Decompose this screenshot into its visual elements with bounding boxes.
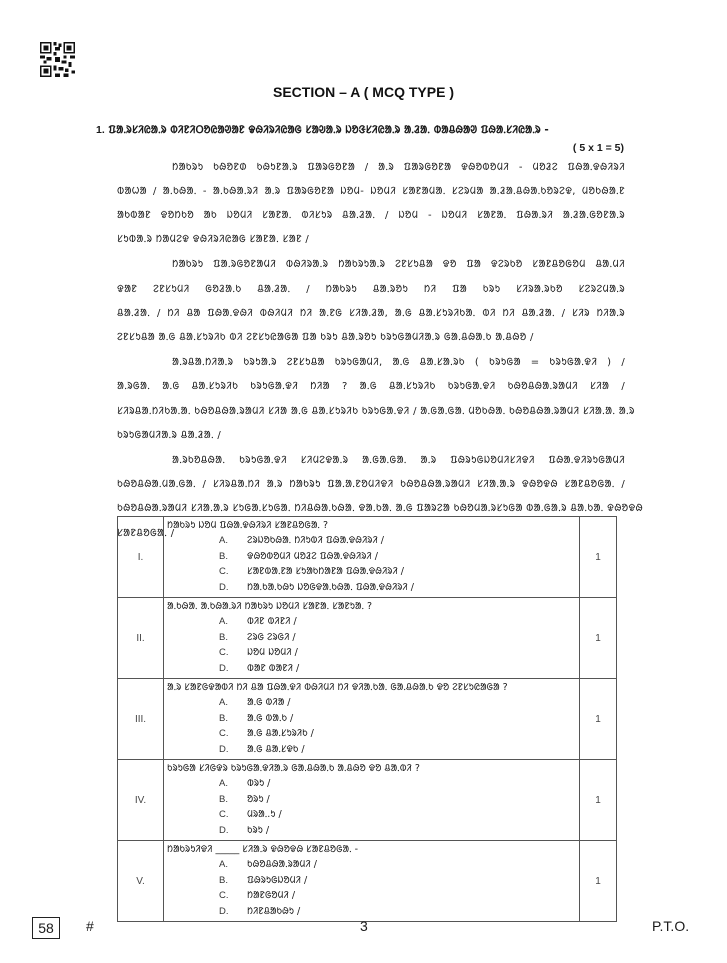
answer-option: D.ᱠᱨᱩ / [167,823,576,839]
option-text: ᱴᱟᱹᱠᱟᱹᱠᱷᱩ ᱡᱚᱜᱫᱟᱹᱠᱷᱟᱹ ᱯᱷᱟᱹᱫᱷᱤᱨᱤ / [247,582,414,593]
passage-line: ᱮᱱᱥᱩᱪᱟ ᱟᱹᱜ ᱪᱟᱹᱥᱩᱨᱤᱠ ᱵᱤ ᱮᱱᱥᱩᱭᱟᱜᱟ ᱯᱟ ᱠᱨᱩ ᱪ… [117,329,625,343]
question-roman-numeral: III. [118,679,164,760]
table-row: IV.ᱠᱨᱩᱜᱟ ᱥᱤᱜᱫᱨ ᱠᱨᱩᱜᱟᱹᱫᱤᱟᱹᱨ ᱜᱟᱹᱪᱷᱟᱹᱠ ᱟᱹᱪᱷ… [118,760,617,841]
question-cell: ᱟᱹᱠᱷᱟᱹ ᱟᱹᱠᱷᱟᱹᱨᱤ ᱴᱟᱠᱨᱩ ᱡᱚᱢᱤ ᱥᱟᱱᱟᱹ ᱥᱟᱱᱩᱟᱹ … [164,598,580,679]
passage-line: ᱪᱟᱹᱲᱟᱹ / ᱴᱤ ᱪᱟ ᱯᱷᱟᱹᱫᱷᱤ ᱵᱷᱤᱢᱤ ᱴᱤ ᱟᱹᱱᱜ ᱥᱤᱟ… [117,305,625,319]
passage-line: ᱥᱩᱵᱟᱹᱨ ᱴᱟᱢᱮᱫ ᱫᱷᱤᱨᱤᱭᱟᱜ ᱥᱟᱱᱟᱹ ᱥᱟᱱ / [117,231,625,245]
sub-question-text: ᱴᱟᱠᱨᱩ ᱡᱚᱢ ᱯᱷᱟᱹᱫᱷᱤᱨᱤ ᱥᱟᱱᱪᱚᱜᱟᱹ ? [167,518,576,533]
answer-option: C.ᱡᱚᱢ ᱡᱚᱢᱤ / [167,645,576,661]
passage-line: ᱟᱹᱨᱜᱟᱹ ᱟᱹᱜ ᱪᱟᱹᱥᱩᱨᱤᱠ ᱠᱨᱩᱜᱟᱹᱫᱤ ᱴᱤᱟ ? ᱟᱹᱜ ᱪ… [117,378,625,392]
option-text: ᱟᱹᱜ ᱵᱤᱟ / [247,697,291,708]
question-roman-numeral: V. [118,841,164,922]
option-label: D. [219,580,247,596]
option-text: ᱫᱷᱚᱵᱚᱢᱤ ᱢᱚᱲᱮ ᱯᱷᱟᱹᱫᱷᱤᱨᱤ / [247,551,378,562]
option-text: ᱢᱨᱟᱹ.ᱩ / [247,809,282,820]
option-text: ᱚᱨᱩ / [247,794,270,805]
qr-code-icon [40,42,75,77]
question-heading: 1. ᱯᱟᱹᱨᱥᱤᱭᱟᱹᱨ ᱵᱤᱱᱤᱛᱚᱭᱟᱣᱟᱱ ᱫᱷᱤᱨᱤᱭᱟᱜ ᱥᱟᱶᱟᱹ… [96,123,549,137]
marks-cell: 1 [580,679,617,760]
option-label: B. [219,549,247,565]
question-roman-numeral: IV. [118,760,164,841]
option-label: D. [219,661,247,677]
option-text: ᱠᱷᱚᱪᱷᱟᱹᱨᱟᱢᱤ / [247,859,317,870]
option-label: C. [219,564,247,580]
option-label: D. [219,742,247,758]
passage-line: ᱟᱹᱨᱪᱟᱹᱴᱤᱟᱹᱨ ᱠᱨᱩᱟᱹᱨ ᱮᱱᱥᱩᱪᱟ ᱠᱨᱩᱜᱟᱢᱤ, ᱟᱹᱜ ᱪ… [172,354,625,368]
answer-option: A.ᱠᱷᱚᱪᱷᱟᱹᱨᱟᱢᱤ / [167,857,576,873]
option-text: ᱟᱹᱜ ᱪᱟᱹᱥᱫᱠ / [247,744,305,755]
option-text: ᱵᱟᱱ ᱵᱟᱱᱤ / [247,663,299,674]
option-label: B. [219,630,247,646]
section-title: SECTION – A ( MCQ TYPE ) [0,84,727,100]
answer-option: A.ᱵᱨᱩ / [167,776,576,792]
answer-option: B.ᱯᱷᱨᱩᱜᱡᱚᱢᱤ / [167,873,576,889]
option-text: ᱟᱹᱜ ᱵᱟᱹᱠ / [247,713,293,724]
passage-line: ᱫᱟᱱ ᱮᱱᱥᱩᱢᱤ ᱜᱚᱲᱟᱹᱠ ᱪᱟᱹᱲᱟᱹ / ᱴᱟᱠᱨᱩ ᱪᱟᱹᱨᱚᱩ … [117,281,625,295]
option-text: ᱟᱹᱜ ᱪᱟᱹᱥᱩᱨᱤᱠ / [247,728,314,739]
answer-option: D.ᱴᱤᱱᱪᱟᱠᱷᱩ / [167,904,576,920]
question-instruction: ᱯᱟᱹᱨᱥᱤᱭᱟᱹᱨ ᱵᱤᱱᱤᱛᱚᱭᱟᱣᱟᱱ ᱫᱷᱤᱨᱤᱭᱟᱜ ᱥᱟᱶᱟᱹᱨ ᱡ… [108,124,548,136]
sub-question-text: ᱟᱹᱠᱷᱟᱹ ᱟᱹᱠᱷᱟᱹᱨᱤ ᱴᱟᱠᱨᱩ ᱡᱚᱢᱤ ᱥᱟᱱᱟᱹ ᱥᱟᱱᱩᱟᱹ … [167,599,576,614]
answer-option: B.ᱫᱷᱚᱵᱚᱢᱤ ᱢᱚᱲᱮ ᱯᱷᱟᱹᱫᱷᱤᱨᱤ / [167,549,576,565]
question-roman-numeral: I. [118,517,164,598]
page-code-box: 58 [32,917,60,939]
answer-option: A.ᱵᱤᱱ ᱵᱤᱱᱤ / [167,614,576,630]
option-label: A. [219,857,247,873]
option-text: ᱠᱨᱩ / [247,825,269,836]
passage-line: ᱠᱷᱚᱪᱷᱟᱹᱨᱟᱢᱤ ᱥᱤᱟᱹᱟᱹᱨ ᱥᱩᱜᱟᱹᱥᱩᱜᱟᱹ ᱴᱤᱪᱷᱟᱹᱠᱷᱟ… [117,500,625,514]
question-cell: ᱴᱟᱠᱨᱩᱤᱫᱤ _____ ᱥᱤᱟᱹᱨ ᱫᱷᱚᱫᱷ ᱥᱟᱱᱪᱚᱜᱟᱹ -A.ᱠ… [164,841,580,922]
answer-option: D.ᱟᱹᱜ ᱪᱟᱹᱥᱫᱠ / [167,742,576,758]
marks-cell: 1 [580,760,617,841]
option-text: ᱡᱚᱢ ᱡᱚᱢᱤ / [247,647,298,658]
option-label: B. [219,873,247,889]
passage-line: ᱠᱨᱩᱜᱟᱢᱤᱟᱹᱨ ᱪᱟᱹᱲᱟᱹ / [117,427,625,441]
answer-option: B.ᱮᱨᱜ ᱮᱨᱜᱤ / [167,630,576,646]
mcq-table: I.ᱴᱟᱠᱨᱩ ᱡᱚᱢ ᱯᱷᱟᱹᱫᱷᱤᱨᱤ ᱥᱟᱱᱪᱚᱜᱟᱹ ?A.ᱮᱨᱡᱚᱠᱷ… [117,516,617,922]
passage-line: ᱟᱠᱵᱟᱱ ᱫᱚᱴᱠᱚ ᱟᱠ ᱡᱚᱢᱤ ᱥᱟᱱᱟᱹ ᱵᱤᱥᱩᱨ ᱪᱟᱹᱲᱟᱹ /… [117,207,625,221]
sub-question-text: ᱴᱟᱠᱨᱩᱤᱫᱤ _____ ᱥᱤᱟᱹᱨ ᱫᱷᱚᱫᱷ ᱥᱟᱱᱪᱚᱜᱟᱹ - [167,842,576,857]
option-text: ᱯᱷᱨᱩᱜᱡᱚᱢᱤ / [247,875,307,886]
passage-line: ᱥᱤᱨᱪᱟᱹᱴᱤᱠᱟᱹᱟᱹ ᱠᱷᱚᱪᱷᱟᱹᱨᱟᱢᱤ ᱥᱤᱟ ᱟᱹᱜ ᱪᱟᱹᱥᱩᱨ… [117,403,625,417]
passage-line: ᱴᱟᱠᱨᱩ ᱯᱟᱹᱨᱜᱚᱱᱟᱢᱤ ᱵᱷᱤᱨᱟᱹᱨ ᱴᱟᱠᱨᱩᱟᱹᱨ ᱮᱱᱥᱩᱪᱟ… [172,256,625,270]
pto-label: P.T.O. [652,918,689,934]
option-label: C. [219,726,247,742]
option-label: B. [219,711,247,727]
sub-question-text: ᱠᱨᱩᱜᱟ ᱥᱤᱜᱫᱨ ᱠᱨᱩᱜᱟᱹᱫᱤᱟᱹᱨ ᱜᱟᱹᱪᱷᱟᱹᱠ ᱟᱹᱪᱷᱚ ᱫ… [167,761,576,776]
answer-option: C.ᱢᱨᱟᱹ.ᱩ / [167,807,576,823]
option-label: C. [219,888,247,904]
table-row: III.ᱟᱹᱨ ᱥᱟᱱᱜᱫᱟᱵᱤ ᱴᱤ ᱪᱟ ᱯᱷᱟᱹᱫᱤ ᱵᱷᱤᱢᱤ ᱴᱤ ᱫ… [118,679,617,760]
footer-hash: # [86,918,94,934]
option-label: C. [219,807,247,823]
passage-line: ᱠᱷᱚᱪᱷᱟᱹᱢᱟᱹᱜᱟᱹ / ᱥᱤᱨᱪᱟᱹᱴᱤ ᱟᱹᱨ ᱴᱟᱠᱨᱩ ᱯᱟᱹᱟᱹ… [117,476,625,490]
passage-line: ᱴᱟᱠᱨᱩ ᱠᱷᱚᱱᱰ ᱠᱷᱩᱱᱟᱹᱨ ᱯᱟᱨᱜᱚᱱᱟ / ᱟᱹᱨ ᱯᱟᱨᱜᱚᱱ… [172,159,625,173]
option-text: ᱴᱟᱱᱜᱚᱢᱤ / [247,890,295,901]
option-label: A. [219,776,247,792]
option-label: D. [219,823,247,839]
option-label: A. [219,695,247,711]
answer-option: C.ᱥᱟᱱᱵᱟᱹᱱᱟ ᱥᱩᱟᱠᱴᱟᱱᱟ ᱯᱷᱟᱹᱫᱷᱤᱨᱤ / [167,564,576,580]
answer-option: D.ᱵᱟᱱ ᱵᱟᱱᱤ / [167,661,576,677]
passage-line: ᱵᱟᱦᱟ / ᱟᱹᱠᱷᱟᱹ - ᱟᱹᱠᱷᱟᱹᱨᱤ ᱟᱹᱨ ᱯᱟᱨᱜᱚᱱᱟ ᱡᱚᱢ… [117,183,625,197]
option-label: C. [219,645,247,661]
option-label: D. [219,904,247,920]
table-row: II.ᱟᱹᱠᱷᱟᱹ ᱟᱹᱠᱷᱟᱹᱨᱤ ᱴᱟᱠᱨᱩ ᱡᱚᱢᱤ ᱥᱟᱱᱟᱹ ᱥᱟᱱᱩ… [118,598,617,679]
option-label: A. [219,614,247,630]
question-number: 1. [96,124,105,136]
option-text: ᱮᱨᱜ ᱮᱨᱜᱤ / [247,632,296,643]
marks-cell: 1 [580,841,617,922]
option-text: ᱴᱤᱱᱪᱟᱠᱷᱩ / [247,906,300,917]
answer-option: D.ᱴᱟᱹᱠᱟᱹᱠᱷᱩ ᱡᱚᱜᱫᱟᱹᱠᱷᱟᱹ ᱯᱷᱟᱹᱫᱷᱤᱨᱤ / [167,580,576,596]
table-row: V.ᱴᱟᱠᱨᱩᱤᱫᱤ _____ ᱥᱤᱟᱹᱨ ᱫᱷᱚᱫᱷ ᱥᱟᱱᱪᱚᱜᱟᱹ -A… [118,841,617,922]
marks-cell: 1 [580,598,617,679]
table-row: I.ᱴᱟᱠᱨᱩ ᱡᱚᱢ ᱯᱷᱟᱹᱫᱷᱤᱨᱤ ᱥᱟᱱᱪᱚᱜᱟᱹ ?A.ᱮᱨᱡᱚᱠᱷ… [118,517,617,598]
option-text: ᱥᱟᱱᱵᱟᱹᱱᱟ ᱥᱩᱟᱠᱴᱟᱱᱟ ᱯᱷᱟᱹᱫᱷᱤᱨᱤ / [247,566,404,577]
answer-option: C.ᱟᱹᱜ ᱪᱟᱹᱥᱩᱨᱤᱠ / [167,726,576,742]
answer-option: C.ᱴᱟᱱᱜᱚᱢᱤ / [167,888,576,904]
marks-cell: 1 [580,517,617,598]
option-label: B. [219,792,247,808]
passage-line: ᱟᱹᱨᱠᱚᱪᱷᱟᱹ ᱠᱨᱩᱜᱟᱹᱫᱤ ᱥᱤᱢᱮᱫᱟᱹᱨ ᱟᱹᱜᱟᱹᱜᱟᱹ ᱟᱹᱨ… [172,452,625,466]
sub-question-text: ᱟᱹᱨ ᱥᱟᱱᱜᱫᱟᱵᱤ ᱴᱤ ᱪᱟ ᱯᱷᱟᱹᱫᱤ ᱵᱷᱤᱢᱤ ᱴᱤ ᱫᱤᱟᱹᱠ… [167,680,576,695]
option-label: A. [219,533,247,549]
answer-option: A.ᱮᱨᱡᱚᱠᱷᱟᱹ ᱴᱤᱩᱵᱤ ᱯᱷᱟᱹᱫᱷᱤᱨᱤ / [167,533,576,549]
answer-option: B.ᱟᱹᱜ ᱵᱟᱹᱠ / [167,711,576,727]
option-text: ᱵᱤᱱ ᱵᱤᱱᱤ / [247,616,297,627]
question-cell: ᱟᱹᱨ ᱥᱟᱱᱜᱫᱟᱵᱤ ᱴᱤ ᱪᱟ ᱯᱷᱟᱹᱫᱤ ᱵᱷᱤᱢᱤ ᱴᱤ ᱫᱤᱟᱹᱠ… [164,679,580,760]
answer-option: A.ᱟᱹᱜ ᱵᱤᱟ / [167,695,576,711]
option-text: ᱮᱨᱡᱚᱠᱷᱟᱹ ᱴᱤᱩᱵᱤ ᱯᱷᱟᱹᱫᱷᱤᱨᱤ / [247,535,384,546]
option-text: ᱵᱨᱩ / [247,778,270,789]
answer-option: B.ᱚᱨᱩ / [167,792,576,808]
question-cell: ᱠᱨᱩᱜᱟ ᱥᱤᱜᱫᱨ ᱠᱨᱩᱜᱟᱹᱫᱤᱟᱹᱨ ᱜᱟᱹᱪᱷᱟᱹᱠ ᱟᱹᱪᱷᱚ ᱫ… [164,760,580,841]
page-number: 3 [360,918,368,934]
question-roman-numeral: II. [118,598,164,679]
marks-allocation: ( 5 x 1 = 5) [573,142,624,154]
question-cell: ᱴᱟᱠᱨᱩ ᱡᱚᱢ ᱯᱷᱟᱹᱫᱷᱤᱨᱤ ᱥᱟᱱᱪᱚᱜᱟᱹ ?A.ᱮᱨᱡᱚᱠᱷᱟᱹ… [164,517,580,598]
